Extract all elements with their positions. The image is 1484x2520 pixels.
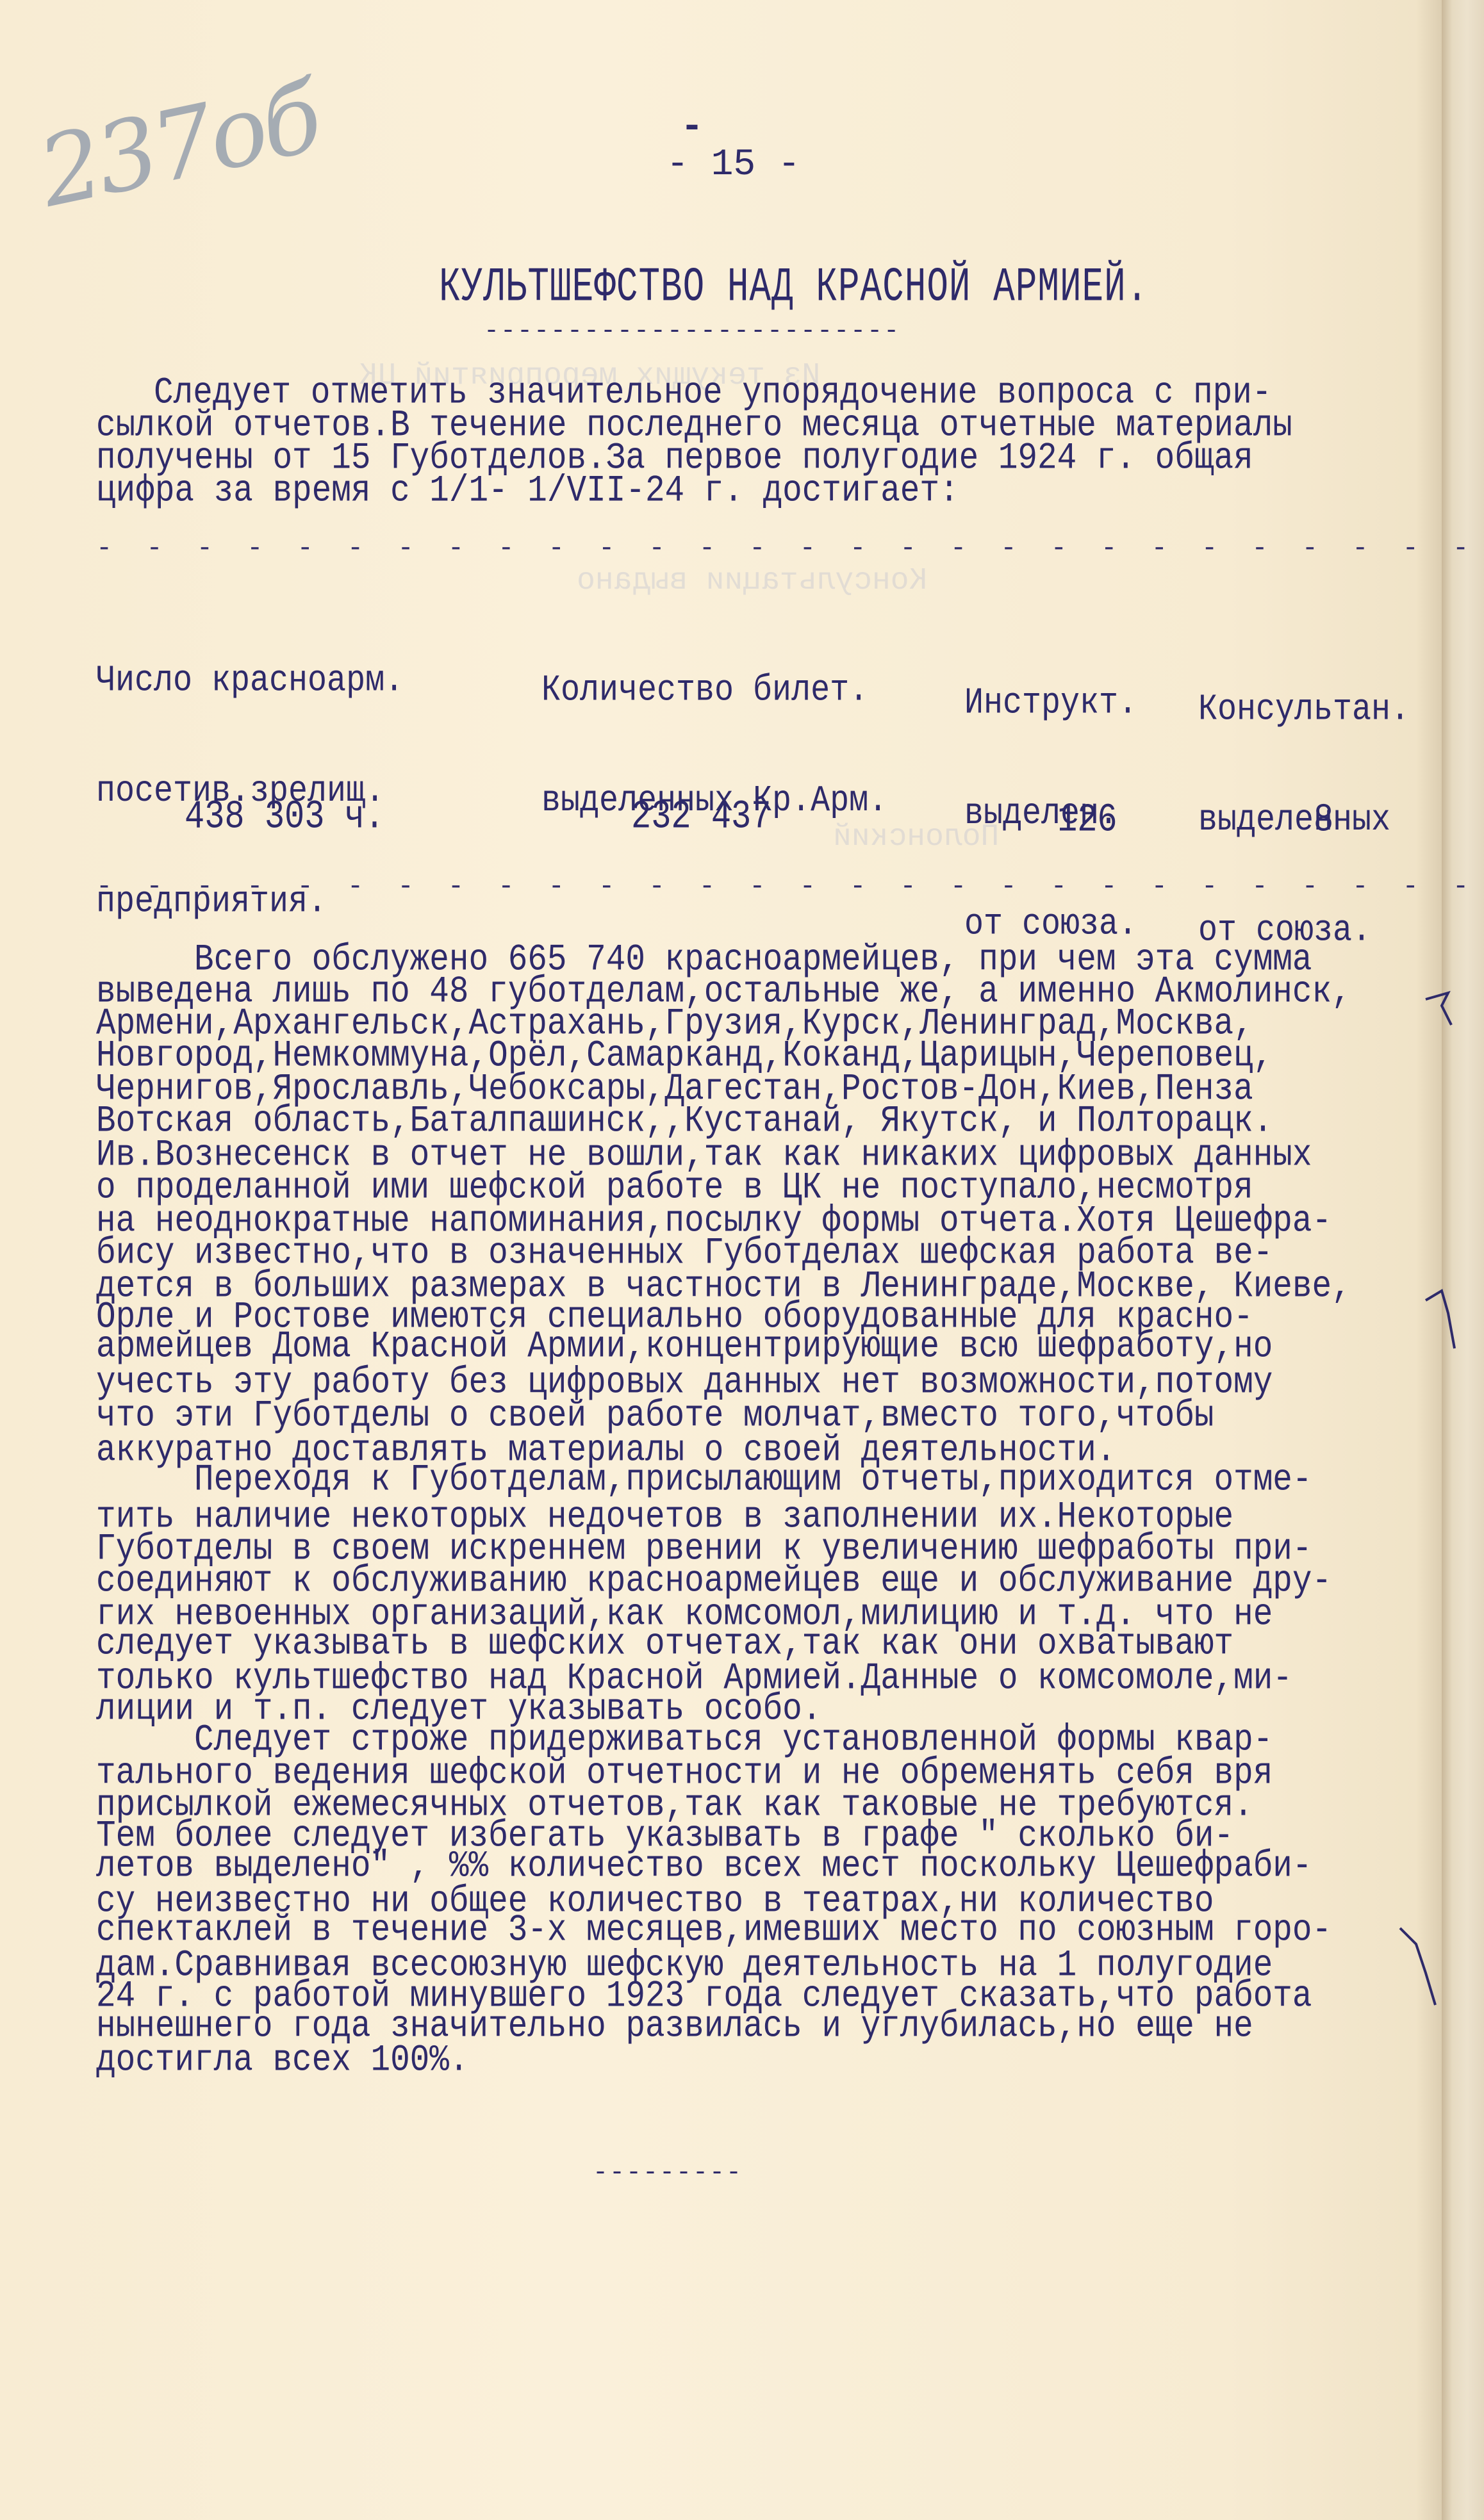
value-red-army-visitors: 438 303 ч. [185,794,384,840]
section-title: КУЛЬТШЕФСТВО НАД КРАСНОЙ АРМИЕЙ. [439,259,1148,315]
page-top-mark: - [680,106,704,149]
value-consultants: 8 [1314,798,1333,843]
col-header-red-army-visitors: Число красноарм. посетив.зрелищ. предпри… [96,589,404,995]
body-line: армейцев Дома Красной Армии,концентрирую… [96,1329,1273,1367]
pencil-mark-icon [1397,1922,1448,2011]
body-line: Переходя к Губотделам,присылающим отчеты… [96,1462,1312,1500]
table-top-rule: - - - - - - - - - - - - - - - - - - - - … [96,533,1484,564]
table-bottom-rule: - - - - - - - - - - - - - - - - - - - - … [96,871,1484,902]
bleed-through-text: Консультации выдано [577,564,927,598]
pencil-mark-icon [1422,1288,1461,1352]
pencil-mark-icon [1422,980,1461,1031]
value-tickets-allocated: 232 437 [631,794,771,840]
page-number: - 15 - [666,144,800,186]
body-line: достигла всех 100%. [96,2042,469,2081]
end-rule: --------- [593,2159,743,2188]
adjacent-page-edge [1442,0,1484,2520]
value-instructors: 126 [1057,798,1117,843]
page-fold-shadow [1416,0,1445,2520]
title-underline: ------------------------- [484,317,900,346]
col-header-tickets-allocated: Количество билет. выделенных Кр.Арм. [541,599,887,894]
intro-line: цифра за время с 1/1- 1/VII-24 г. достиг… [96,473,959,511]
